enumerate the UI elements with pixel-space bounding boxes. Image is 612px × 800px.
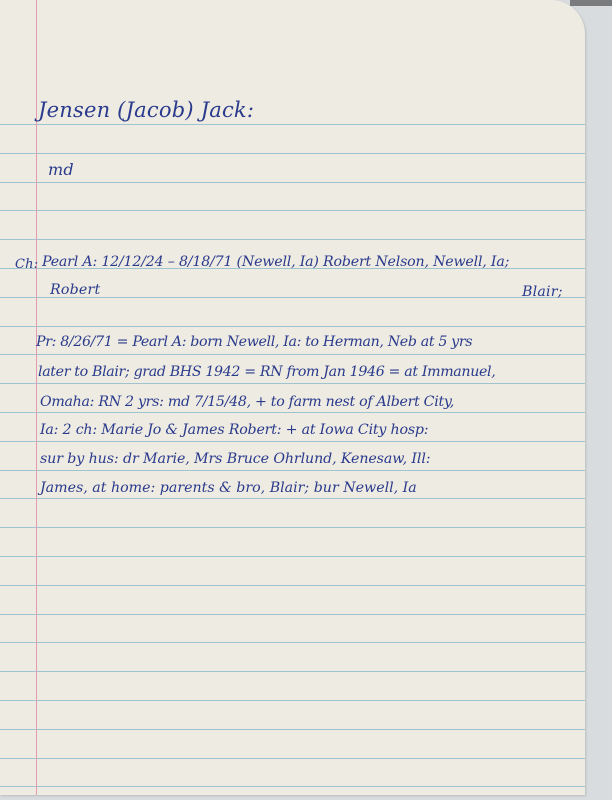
ruled-line [0,556,585,557]
ruled-line [0,441,585,442]
scan-edge-shadow [570,0,612,6]
ruled-line [0,326,585,327]
paragraph-line: sur by hus: dr Marie, Mrs Bruce Ohrlund,… [40,451,430,467]
ruled-paper-sheet: Jensen (Jacob) Jack: md Ch: Pearl A: 12/… [0,0,585,795]
children-label: Ch: [15,257,38,272]
paragraph-line: Omaha: RN 2 yrs: md 7/15/48, + to farm n… [40,394,454,410]
ruled-line [0,470,585,471]
ruled-line [0,498,585,499]
ruled-line [0,210,585,211]
ruled-line [0,729,585,730]
margin-line [36,0,37,795]
ruled-line [0,585,585,586]
ruled-line [0,614,585,615]
ruled-line [0,671,585,672]
paragraph-line: Ia: 2 ch: Marie Jo & James Robert: + at … [40,422,428,438]
ruled-line [0,239,585,240]
header-status: md [48,160,74,179]
ruled-line [0,786,585,787]
paragraph-line: James, at home: parents & bro, Blair; bu… [40,480,417,496]
ruled-line [0,153,585,154]
ruled-line [0,182,585,183]
ruled-line [0,700,585,701]
ruled-line [0,383,585,384]
children-entry: Pearl A: 12/12/24 – 8/18/71 (Newell, Ia)… [42,254,509,270]
ruled-line [0,354,585,355]
ruled-line [0,412,585,413]
header-name: Jensen (Jacob) Jack: [38,98,254,122]
ruled-line [0,642,585,643]
paragraph-line: Pr: 8/26/71 = Pearl A: born Newell, Ia: … [36,334,472,350]
paragraph-line: later to Blair; grad BHS 1942 = RN from … [38,364,495,380]
ruled-line [0,124,585,125]
ruled-line [0,758,585,759]
children-continuation-right: Blair; [522,284,563,300]
ruled-line [0,527,585,528]
children-continuation-left: Robert [50,282,100,298]
